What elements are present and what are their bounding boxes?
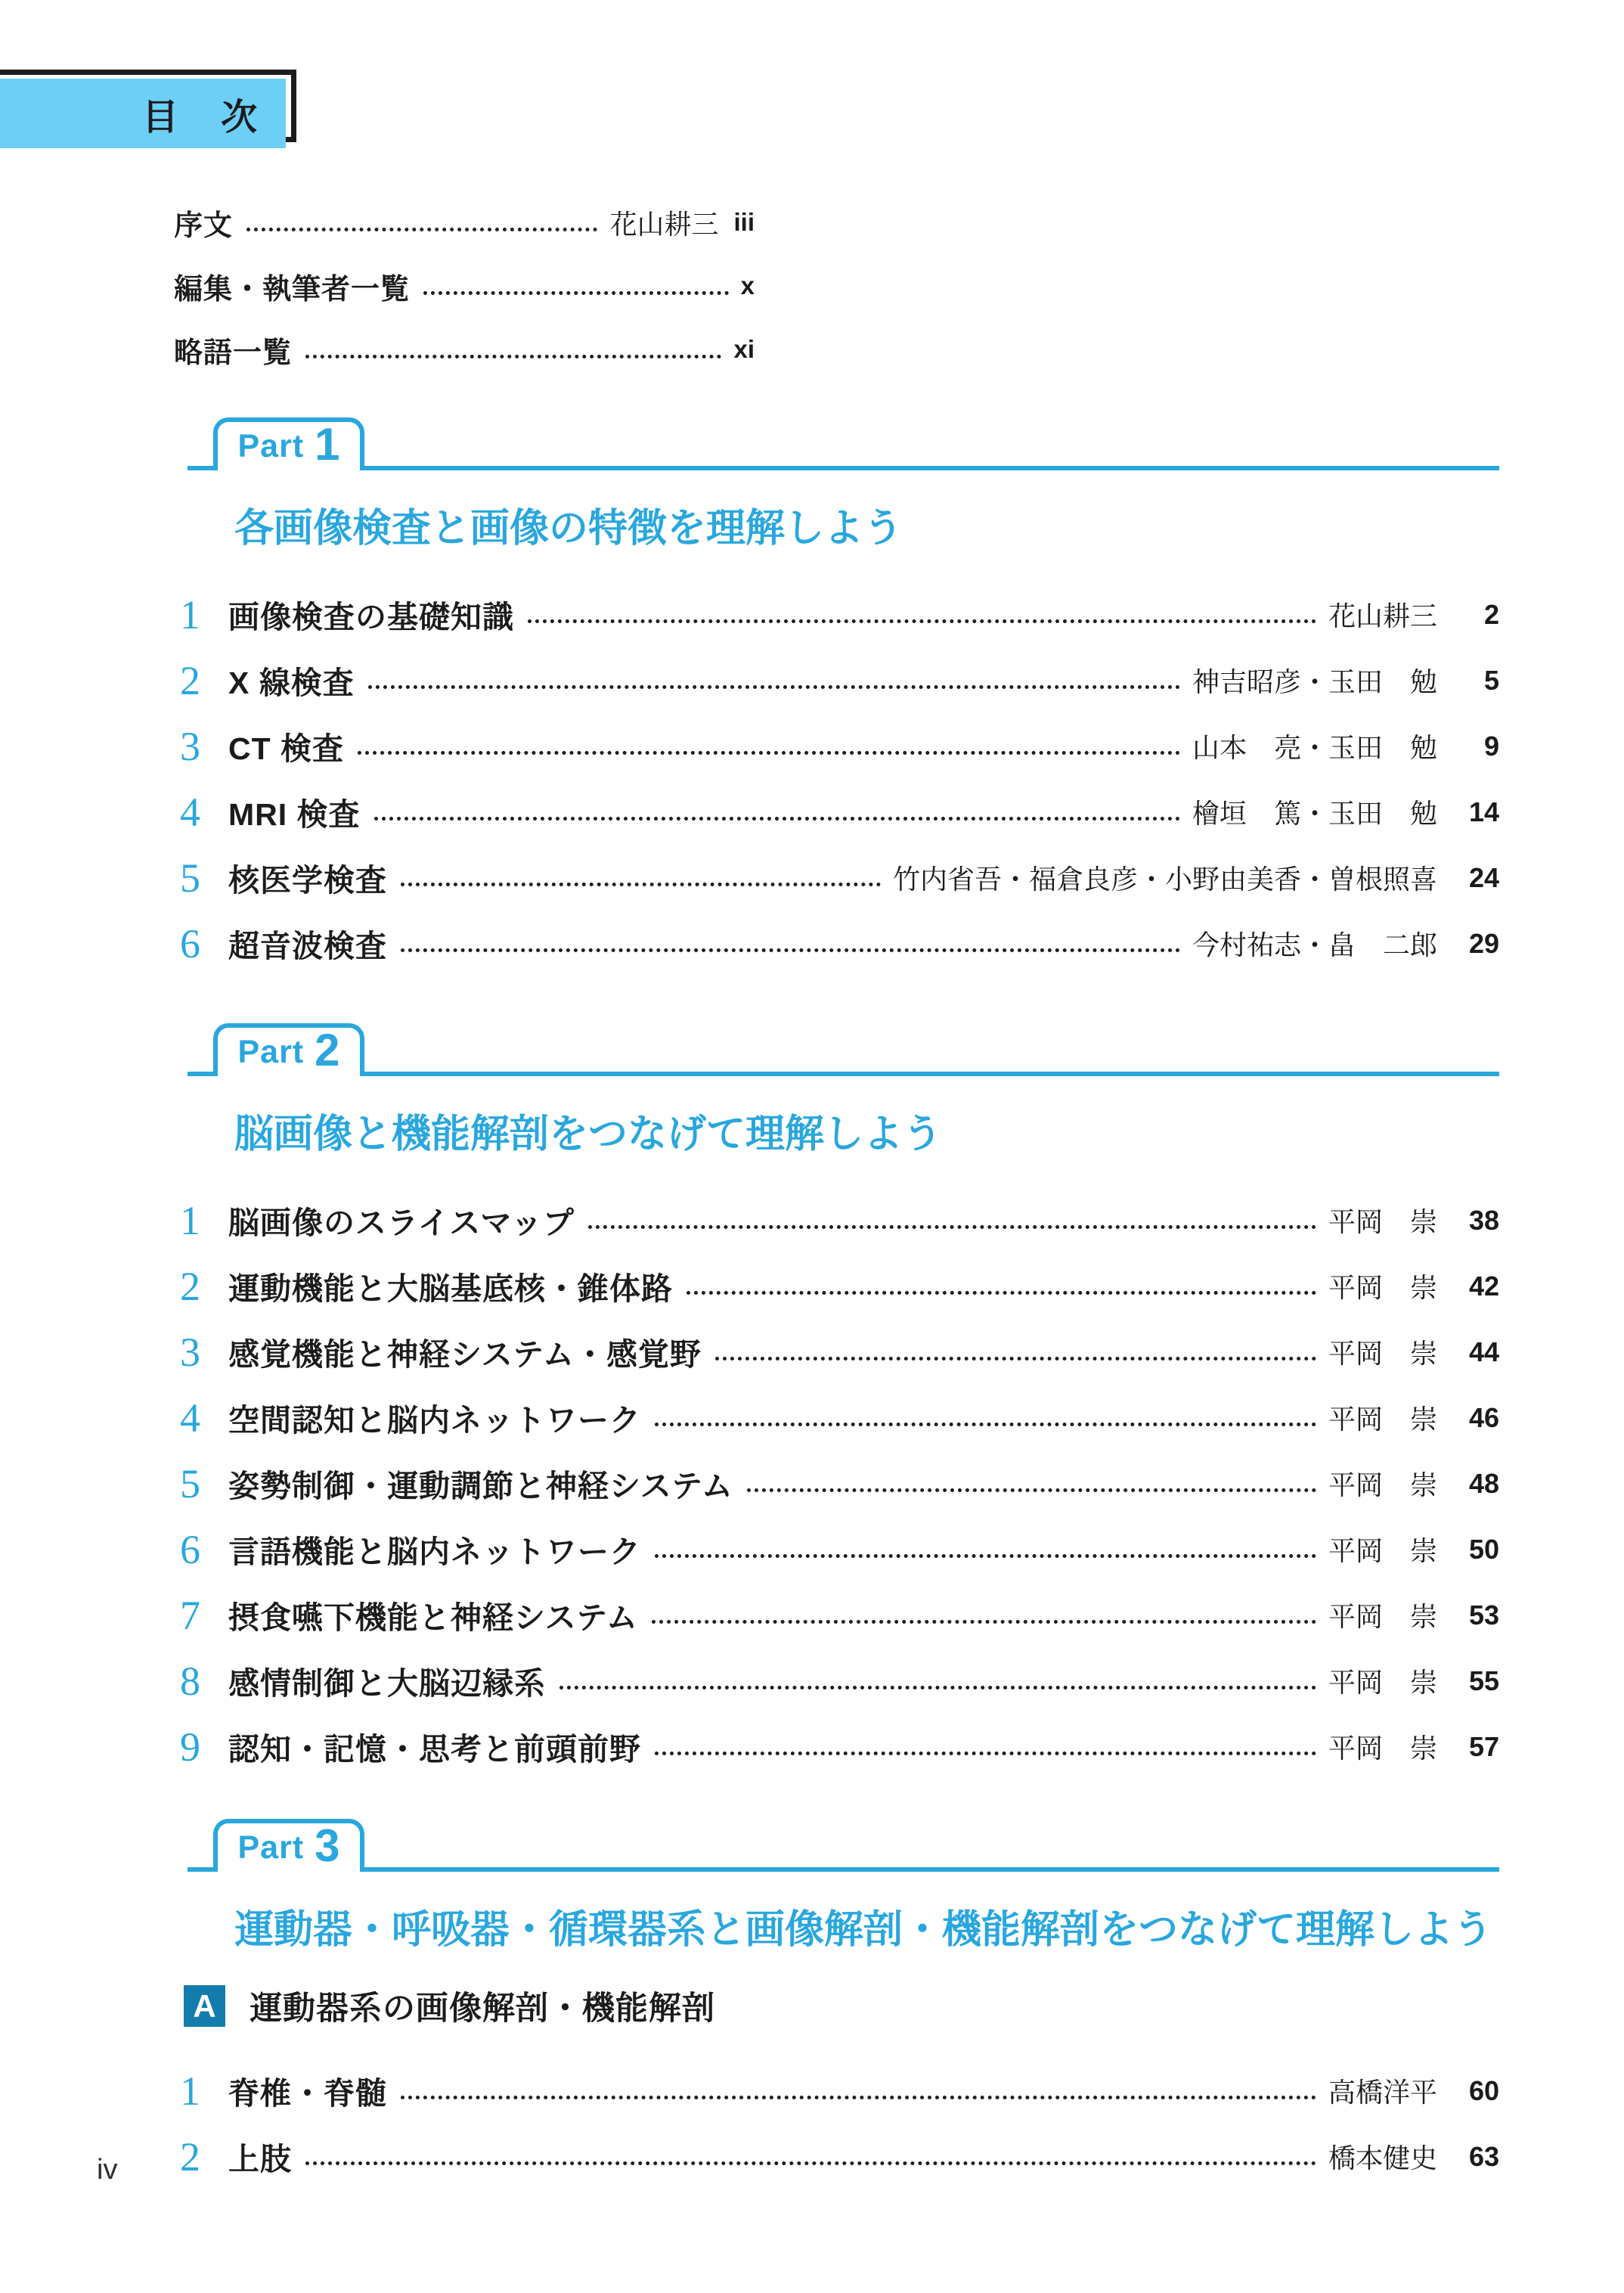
dot-leader bbox=[686, 1291, 1316, 1295]
dot-leader bbox=[588, 1225, 1316, 1229]
entry-authors: 平岡 崇 bbox=[1328, 1596, 1437, 1634]
dot-leader bbox=[246, 228, 597, 231]
entry-title: CT 検査 bbox=[228, 724, 344, 768]
dot-leader bbox=[747, 1488, 1316, 1492]
toc-entry-row: 6 超音波検査 今村祐志・畠 二郎 29 bbox=[174, 911, 1499, 976]
frontmatter-label: 編集・執筆者一覧 bbox=[174, 265, 410, 307]
entry-title: 言語機能と脳内ネットワーク bbox=[228, 1527, 641, 1572]
entry-authors: 花山耕三 bbox=[1328, 595, 1437, 634]
entry-number: 6 bbox=[174, 923, 228, 964]
entry-title: X 線検査 bbox=[228, 658, 355, 703]
part-tab-row: Part 2 bbox=[174, 1020, 1499, 1076]
entry-authors: 平岡 崇 bbox=[1328, 1727, 1437, 1766]
dot-leader bbox=[374, 817, 1180, 821]
dot-leader bbox=[655, 1752, 1316, 1755]
toc-content: 序文 花山耕三 iii 編集・執筆者一覧 x 略語一覧 xi Part 1 各画… bbox=[174, 0, 1499, 2189]
entry-authors: 平岡 崇 bbox=[1328, 1201, 1437, 1240]
entry-title: 画像検査の基礎知識 bbox=[228, 592, 514, 637]
toc-entry-row: 5 姿勢制御・運動調節と神経システム 平岡 崇 48 bbox=[174, 1451, 1499, 1516]
toc-entry-row: 5 核医学検査 竹内省吾・福倉良彦・小野由美香・曽根照喜 24 bbox=[174, 845, 1499, 911]
entry-number: 4 bbox=[174, 1398, 228, 1438]
entry-title: 感情制御と大脳辺縁系 bbox=[228, 1658, 546, 1703]
entry-list: 1 画像検査の基礎知識 花山耕三 2 2 X 線検査 神吉昭彦・玉田 勉 5 3… bbox=[174, 582, 1499, 976]
entry-page-number: 29 bbox=[1451, 928, 1499, 960]
entry-list: 1 脊椎・脊髄 高橋洋平 60 2 上肢 橋本健史 63 bbox=[174, 2058, 1499, 2189]
entry-authors: 山本 亮・玉田 勉 bbox=[1192, 727, 1437, 765]
dot-leader bbox=[423, 291, 729, 295]
part-tab-label: Part bbox=[237, 1829, 304, 1866]
entry-page-number: 5 bbox=[1451, 665, 1499, 697]
frontmatter-label: 序文 bbox=[174, 202, 233, 244]
entry-title: 核医学検査 bbox=[228, 855, 387, 900]
entry-number: 6 bbox=[174, 1529, 228, 1570]
frontmatter-row: 略語一覧 xi bbox=[174, 333, 755, 366]
entry-authors: 平岡 崇 bbox=[1328, 1530, 1437, 1568]
entry-page-number: 9 bbox=[1451, 731, 1499, 762]
entry-authors: 神吉昭彦・玉田 勉 bbox=[1192, 661, 1437, 700]
section-title: 運動器系の画像解剖・機能解剖 bbox=[249, 1983, 715, 2029]
frontmatter-page-number: x bbox=[741, 271, 755, 300]
entry-number: 4 bbox=[174, 792, 228, 833]
dot-leader bbox=[305, 355, 721, 358]
entry-list: 1 脳画像のスライスマップ 平岡 崇 38 2 運動機能と大脳基底核・錐体路 平… bbox=[174, 1187, 1499, 1779]
entry-page-number: 57 bbox=[1451, 1731, 1499, 1763]
toc-entry-row: 8 感情制御と大脳辺縁系 平岡 崇 55 bbox=[174, 1648, 1499, 1714]
entry-number: 1 bbox=[174, 1200, 228, 1241]
toc-entry-row: 3 感覚機能と神経システム・感覚野 平岡 崇 44 bbox=[174, 1319, 1499, 1385]
entry-page-number: 48 bbox=[1451, 1468, 1499, 1500]
part-tab: Part 1 bbox=[213, 417, 364, 470]
parts: Part 1 各画像検査と画像の特徴を理解しよう 1 画像検査の基礎知識 花山耕… bbox=[174, 414, 1499, 2189]
entry-number: 1 bbox=[174, 594, 228, 635]
entry-title: 摂食嚥下機能と神経システム bbox=[228, 1593, 638, 1637]
entry-page-number: 55 bbox=[1451, 1665, 1499, 1697]
toc-entry-row: 1 脊椎・脊髄 高橋洋平 60 bbox=[174, 2058, 1499, 2124]
entry-authors: 平岡 崇 bbox=[1328, 1398, 1437, 1437]
entry-page-number: 44 bbox=[1451, 1336, 1499, 1368]
dot-leader bbox=[655, 1423, 1316, 1426]
part-rule-right bbox=[364, 1867, 1499, 1872]
entry-number: 7 bbox=[174, 1595, 228, 1636]
entry-authors: 平岡 崇 bbox=[1328, 1267, 1437, 1305]
entry-page-number: 60 bbox=[1451, 2075, 1499, 2107]
entry-title: 脳画像のスライスマップ bbox=[228, 1198, 575, 1243]
toc-entry-row: 4 空間認知と脳内ネットワーク 平岡 崇 46 bbox=[174, 1385, 1499, 1451]
part-tab-number: 1 bbox=[315, 422, 339, 467]
part-block: Part 2 脳画像と機能解剖をつなげて理解しよう 1 脳画像のスライスマップ … bbox=[174, 1020, 1499, 1779]
dot-leader bbox=[358, 751, 1180, 755]
dot-leader bbox=[305, 2161, 1316, 2165]
part-tab-label: Part bbox=[237, 428, 304, 465]
entry-number: 1 bbox=[174, 2071, 228, 2111]
frontmatter-row: 編集・執筆者一覧 x bbox=[174, 269, 755, 303]
part-block: Part 3 運動器・呼吸器・循環器系と画像解剖・機能解剖をつなげて理解しよう … bbox=[174, 1816, 1499, 2189]
part-tab-number: 2 bbox=[315, 1028, 339, 1073]
entry-number: 9 bbox=[174, 1727, 228, 1767]
dot-leader bbox=[655, 1554, 1316, 1558]
part-title: 運動器・呼吸器・循環器系と画像解剖・機能解剖をつなげて理解しよう bbox=[234, 1897, 1499, 1954]
entry-number: 5 bbox=[174, 858, 228, 898]
dot-leader bbox=[401, 948, 1180, 952]
folio-number: iv bbox=[97, 2154, 117, 2186]
page-footer: iv bbox=[97, 2154, 117, 2186]
entry-page-number: 63 bbox=[1451, 2141, 1499, 2173]
entry-authors: 今村祐志・畠 二郎 bbox=[1192, 924, 1437, 963]
entry-title: 超音波検査 bbox=[228, 921, 387, 966]
toc-page: 目 次 序文 花山耕三 iii 編集・執筆者一覧 x 略語一覧 xi Part … bbox=[0, 0, 1624, 2293]
entry-authors: 竹内省吾・福倉良彦・小野由美香・曽根照喜 bbox=[893, 858, 1437, 897]
frontmatter-list: 序文 花山耕三 iii 編集・執筆者一覧 x 略語一覧 xi bbox=[174, 206, 755, 366]
toc-entry-row: 6 言語機能と脳内ネットワーク 平岡 崇 50 bbox=[174, 1516, 1499, 1582]
entry-title: 上肢 bbox=[228, 2134, 292, 2179]
entry-page-number: 42 bbox=[1451, 1271, 1499, 1302]
dot-leader bbox=[401, 2096, 1316, 2099]
part-rule-left bbox=[188, 1867, 213, 1872]
frontmatter-page-number: xi bbox=[733, 335, 755, 364]
entry-title: 空間認知と脳内ネットワーク bbox=[228, 1395, 641, 1440]
toc-entry-row: 4 MRI 検査 檜垣 篤・玉田 勉 14 bbox=[174, 779, 1499, 845]
entry-authors: 平岡 崇 bbox=[1328, 1464, 1437, 1503]
entry-page-number: 46 bbox=[1451, 1402, 1499, 1434]
entry-page-number: 2 bbox=[1451, 599, 1499, 631]
entry-title: MRI 検査 bbox=[228, 790, 361, 834]
part-rule-left bbox=[188, 1072, 213, 1076]
entry-title: 感覚機能と神経システム・感覚野 bbox=[228, 1330, 702, 1374]
section-badge: A bbox=[184, 1985, 225, 2027]
frontmatter-author: 花山耕三 bbox=[609, 203, 718, 242]
frontmatter-label: 略語一覧 bbox=[174, 329, 292, 371]
entry-number: 2 bbox=[174, 660, 228, 701]
part-block: Part 1 各画像検査と画像の特徴を理解しよう 1 画像検査の基礎知識 花山耕… bbox=[174, 414, 1499, 976]
frontmatter-row: 序文 花山耕三 iii bbox=[174, 206, 755, 239]
entry-number: 8 bbox=[174, 1661, 228, 1702]
part-rule-right bbox=[364, 1072, 1499, 1076]
toc-entry-row: 2 運動機能と大脳基底核・錐体路 平岡 崇 42 bbox=[174, 1253, 1499, 1319]
frontmatter-page-number: iii bbox=[733, 208, 755, 237]
part-title: 脳画像と機能解剖をつなげて理解しよう bbox=[234, 1102, 1499, 1159]
toc-entry-row: 2 上肢 橋本健史 63 bbox=[174, 2124, 1499, 2189]
entry-authors: 平岡 崇 bbox=[1328, 1662, 1437, 1700]
entry-title: 認知・記憶・思考と前頭前野 bbox=[228, 1724, 641, 1769]
part-tab-row: Part 3 bbox=[174, 1816, 1499, 1872]
toc-entry-row: 1 脳画像のスライスマップ 平岡 崇 38 bbox=[174, 1187, 1499, 1253]
dot-leader bbox=[528, 619, 1316, 623]
toc-entry-row: 9 認知・記憶・思考と前頭前野 平岡 崇 57 bbox=[174, 1714, 1499, 1779]
entry-number: 5 bbox=[174, 1463, 228, 1504]
entry-page-number: 53 bbox=[1451, 1600, 1499, 1631]
entry-authors: 高橋洋平 bbox=[1328, 2071, 1437, 2110]
toc-entry-row: 3 CT 検査 山本 亮・玉田 勉 9 bbox=[174, 713, 1499, 779]
part-tab-number: 3 bbox=[315, 1823, 339, 1869]
toc-entry-row: 7 摂食嚥下機能と神経システム 平岡 崇 53 bbox=[174, 1582, 1499, 1648]
part-tab-label: Part bbox=[237, 1034, 304, 1071]
entry-page-number: 38 bbox=[1451, 1205, 1499, 1236]
part-tab-row: Part 1 bbox=[174, 414, 1499, 470]
dot-leader bbox=[401, 883, 881, 886]
entry-authors: 平岡 崇 bbox=[1328, 1333, 1437, 1371]
entry-title: 脊椎・脊髄 bbox=[228, 2068, 387, 2113]
entry-page-number: 14 bbox=[1451, 796, 1499, 828]
dot-leader bbox=[559, 1686, 1316, 1689]
dot-leader bbox=[715, 1357, 1316, 1361]
part-rule-right bbox=[364, 466, 1499, 470]
entry-authors: 橋本健史 bbox=[1328, 2137, 1437, 2176]
dot-leader bbox=[368, 685, 1180, 689]
entry-authors: 檜垣 篤・玉田 勉 bbox=[1192, 793, 1437, 831]
part-title: 各画像検査と画像の特徴を理解しよう bbox=[234, 496, 1499, 553]
entry-page-number: 50 bbox=[1451, 1534, 1499, 1565]
section-heading: A 運動器系の画像解剖・機能解剖 bbox=[184, 1983, 1499, 2029]
entry-number: 2 bbox=[174, 2136, 228, 2177]
part-rule-left bbox=[188, 466, 213, 470]
entry-number: 3 bbox=[174, 726, 228, 767]
entry-page-number: 24 bbox=[1451, 862, 1499, 894]
entry-number: 2 bbox=[174, 1266, 228, 1307]
entry-title: 運動機能と大脳基底核・錐体路 bbox=[228, 1264, 673, 1308]
part-tab: Part 3 bbox=[213, 1819, 364, 1872]
part-tab: Part 2 bbox=[213, 1023, 364, 1076]
toc-entry-row: 2 X 線検査 神吉昭彦・玉田 勉 5 bbox=[174, 647, 1499, 713]
entry-number: 3 bbox=[174, 1332, 228, 1373]
entry-title: 姿勢制御・運動調節と神経システム bbox=[228, 1461, 733, 1506]
toc-entry-row: 1 画像検査の基礎知識 花山耕三 2 bbox=[174, 582, 1499, 647]
dot-leader bbox=[652, 1620, 1316, 1624]
